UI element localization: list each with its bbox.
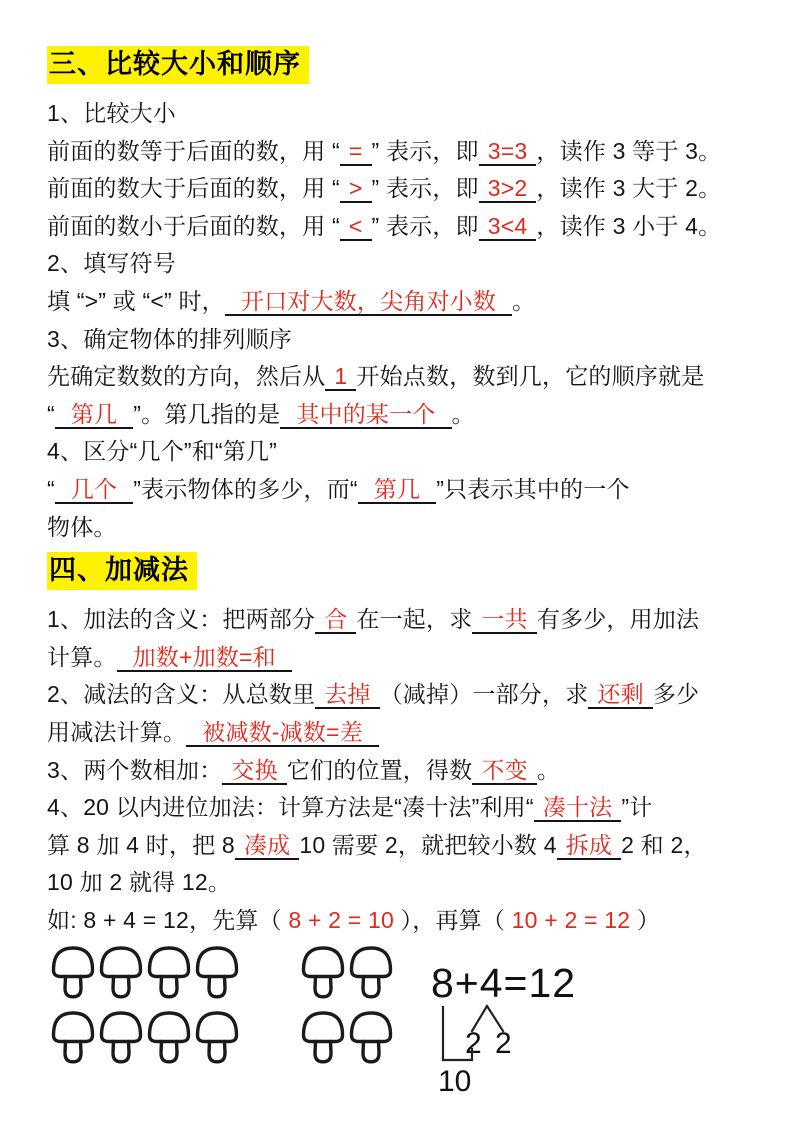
- text-segment: “: [47, 401, 55, 427]
- mushroom-icon: [50, 1010, 96, 1064]
- answer-blank: 开口对大数，尖角对小数: [225, 288, 512, 316]
- text-line: 如: 8 + 4 = 12，先算（ 8 + 2 = 10 ），再算（ 10 + …: [47, 902, 763, 940]
- text-segment: 2、填写符号: [47, 250, 176, 276]
- text-segment: 1、比较大小: [47, 100, 176, 126]
- mushroom-group: [300, 1010, 394, 1064]
- text-line: 填 “>” 或 “<” 时，开口对大数，尖角对小数。: [47, 283, 763, 321]
- answer-blank: 3=3: [479, 138, 537, 166]
- section-heading-text: 四、加减法: [47, 552, 197, 590]
- answer-blank: 凑成: [235, 832, 299, 860]
- mushroom-group: [300, 945, 394, 999]
- text-line: 1、比较大小: [47, 95, 763, 133]
- text-segment: ”计: [621, 794, 652, 820]
- text-line: 前面的数大于后面的数，用 “>” 表示，即3>2，读作 3 大于 2。: [47, 170, 763, 208]
- mushroom-icon: [98, 1010, 144, 1064]
- text-line: 2、减法的含义：从总数里去掉（减掉）一部分，求还剩多少: [47, 676, 763, 714]
- text-segment: ，读作 3 大于 2。: [536, 175, 721, 201]
- answer-blank: 还剩: [588, 681, 652, 709]
- text-line: 3、确定物体的排列顺序: [47, 321, 763, 359]
- text-segment: 物体。: [47, 514, 117, 540]
- answer-blank: 3>2: [479, 175, 537, 203]
- text-segment: 10 加 2 就得 12。: [47, 869, 231, 895]
- text-segment: 填 “>” 或 “<” 时，: [47, 288, 225, 314]
- bond-split-right-value: 2: [495, 1027, 512, 1060]
- text-segment: 计算。: [47, 644, 117, 670]
- text-line: 4、20 以内进位加法：计算方法是“凑十法”利用“凑十法”计: [47, 789, 763, 827]
- red-equation: 8 + 2 = 10: [288, 907, 394, 933]
- red-equation: 10 + 2 = 12: [512, 907, 631, 933]
- text-segment: 前面的数大于后面的数，用 “: [47, 175, 340, 201]
- document-page: 三、比较大小和顺序1、比较大小前面的数等于后面的数，用 “=” 表示，即3=3，…: [0, 0, 793, 1121]
- text-line: “第几”。第几指的是其中的某一个。: [47, 396, 763, 434]
- text-segment: 用减法计算。: [47, 719, 186, 745]
- text-segment: ，读作 3 等于 3。: [536, 138, 721, 164]
- text-segment: 前面的数等于后面的数，用 “: [47, 138, 340, 164]
- number-bond-diagram: 8+4=12 2 2 10: [426, 953, 576, 1101]
- mushroom-figure: 8+4=12 2 2 10: [0, 945, 793, 1101]
- section-heading-text: 三、比较大小和顺序: [47, 46, 309, 84]
- mushroom-icon: [50, 945, 96, 999]
- notes-content: 三、比较大小和顺序1、比较大小前面的数等于后面的数，用 “=” 表示，即3=3，…: [0, 0, 793, 939]
- text-segment: ”只表示其中的一个: [436, 476, 629, 502]
- mushroom-icon: [146, 945, 192, 999]
- mushroom-icon: [348, 945, 394, 999]
- text-line: 1、加法的含义：把两部分合在一起，求一共有多少，用加法: [47, 601, 763, 639]
- text-segment: 在一起，求: [356, 606, 472, 632]
- answer-blank: 第几: [358, 476, 436, 504]
- answer-blank: 加数+加数=和: [117, 644, 292, 672]
- text-segment: 先确定数数的方向，然后从: [47, 363, 325, 389]
- text-line: 2、填写符号: [47, 245, 763, 283]
- text-segment: 有多少，用加法: [537, 606, 699, 632]
- answer-blank: 拆成: [557, 832, 621, 860]
- answer-blank: 不变: [472, 757, 536, 785]
- text-segment: “: [47, 476, 55, 502]
- text-segment: ，读作 3 小于 4。: [536, 213, 721, 239]
- text-segment: ” 表示，即: [372, 213, 479, 239]
- text-line: 前面的数等于后面的数，用 “=” 表示，即3=3，读作 3 等于 3。: [47, 133, 763, 171]
- mushroom-icon: [194, 945, 240, 999]
- text-segment: 10 需要 2，就把较小数 4: [299, 832, 556, 858]
- text-segment: 2 和 2，: [621, 832, 707, 858]
- answer-blank: 被减数-减数=差: [186, 719, 379, 747]
- text-segment: ” 表示，即: [372, 138, 479, 164]
- mushroom-row: [50, 1010, 394, 1064]
- text-segment: （减掉）一部分，求: [380, 681, 589, 707]
- text-line: 3、两个数相加：交换它们的位置，得数不变。: [47, 752, 763, 790]
- text-segment: 。: [537, 757, 560, 783]
- answer-blank: <: [340, 213, 372, 241]
- text-segment: 2、减法的含义：从总数里: [47, 681, 315, 707]
- answer-blank: 凑十法: [534, 794, 622, 822]
- text-segment: 如: 8 + 4 = 12，先算（: [47, 907, 288, 933]
- text-segment: 4、区分“几个”和“第几”: [47, 438, 277, 464]
- text-segment: 前面的数小于后面的数，用 “: [47, 213, 340, 239]
- answer-blank: 1: [325, 363, 356, 391]
- mushroom-row: [50, 945, 394, 999]
- mushroom-icon: [300, 945, 346, 999]
- text-segment: ）: [630, 907, 660, 933]
- text-segment: 。: [512, 288, 535, 314]
- bond-split-left-value: 2: [465, 1027, 482, 1060]
- text-segment: 3、确定物体的排列顺序: [47, 326, 292, 352]
- mushroom-icon: [348, 1010, 394, 1064]
- text-line: 前面的数小于后面的数，用 “<” 表示，即3<4，读作 3 小于 4。: [47, 208, 763, 246]
- text-segment: ” 表示，即: [372, 175, 479, 201]
- text-line: 物体。: [47, 509, 763, 547]
- section-heading: 三、比较大小和顺序: [47, 40, 763, 93]
- text-segment: 3、两个数相加：: [47, 757, 222, 783]
- answer-blank: =: [340, 138, 372, 166]
- text-segment: 4、20 以内进位加法：计算方法是“凑十法”利用“: [47, 794, 534, 820]
- answer-blank: 一共: [472, 606, 536, 634]
- text-segment: ”。第几指的是: [133, 401, 280, 427]
- answer-blank: 去掉: [315, 681, 379, 709]
- mushroom-icon: [300, 1010, 346, 1064]
- equation-text: 8+4=12: [431, 960, 576, 1006]
- text-line: 10 加 2 就得 12。: [47, 864, 763, 902]
- text-line: 用减法计算。被减数-减数=差: [47, 714, 763, 752]
- answer-blank: 其中的某一个: [280, 401, 451, 429]
- text-segment: 开始点数，数到几，它的顺序就是: [356, 363, 704, 389]
- text-segment: 。: [452, 401, 475, 427]
- answer-blank: 交换: [222, 757, 286, 785]
- text-line: 先确定数数的方向，然后从1开始点数，数到几，它的顺序就是: [47, 358, 763, 396]
- text-segment: 1、加法的含义：把两部分: [47, 606, 315, 632]
- text-line: 4、区分“几个”和“第几”: [47, 433, 763, 471]
- text-segment: ”表示物体的多少，而“: [133, 476, 358, 502]
- answer-blank: 合: [315, 606, 356, 634]
- answer-blank: 几个: [55, 476, 133, 504]
- text-line: “几个”表示物体的多少，而“第几”只表示其中的一个: [47, 471, 763, 509]
- answer-blank: 第几: [55, 401, 133, 429]
- mushroom-groups: [50, 945, 394, 1075]
- text-line: 计算。加数+加数=和: [47, 639, 763, 677]
- text-line: 算 8 加 4 时，把 8凑成10 需要 2，就把较小数 4拆成2 和 2，: [47, 827, 763, 865]
- answer-blank: 3<4: [479, 213, 537, 241]
- mushroom-icon: [146, 1010, 192, 1064]
- mushroom-icon: [194, 1010, 240, 1064]
- mushroom-group: [50, 945, 240, 999]
- text-segment: ），再算（: [394, 907, 512, 933]
- text-segment: 它们的位置，得数: [287, 757, 473, 783]
- bond-ten-label: 10: [438, 1065, 471, 1098]
- section-heading: 四、加减法: [47, 546, 763, 599]
- text-segment: 多少: [653, 681, 699, 707]
- answer-blank: >: [340, 175, 372, 203]
- mushroom-group: [50, 1010, 240, 1064]
- text-segment: 算 8 加 4 时，把 8: [47, 832, 235, 858]
- mushroom-icon: [98, 945, 144, 999]
